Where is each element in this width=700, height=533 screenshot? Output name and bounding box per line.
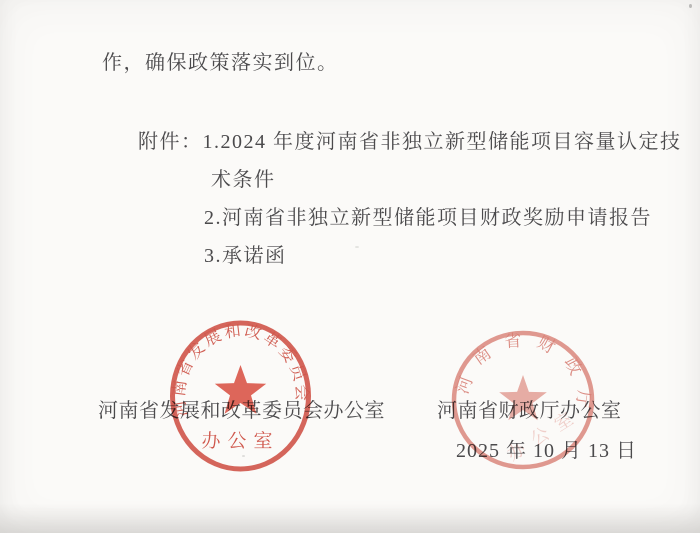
attachment-line-3: 3.承诺函 [204,245,287,267]
attachment-line-1: 附件：1.2024 年度河南省非独立新型储能项目容量认定技 [138,131,682,153]
right-organization-name: 河南省财政厅办公室 [437,400,622,422]
left-official-seal: 河南省发展和改革委员会 办公室 [168,320,313,476]
attachment-line-2: 2.河南省非独立新型储能项目财政奖励申请报告 [204,207,652,229]
document-date: 2025 年 10 月 13 日 [456,440,637,462]
left-seal-ring-icon [173,323,309,469]
scan-speck [355,246,359,248]
body-text-line: 作，确保政策落实到位。 [102,52,339,74]
scan-speck [689,4,692,8]
scan-speck [242,455,245,457]
document-page: 作，确保政策落实到位。 附件：1.2024 年度河南省非独立新型储能项目容量认定… [0,0,700,533]
left-organization-name: 河南省发展和改革委员会办公室 [98,400,385,422]
left-seal-bottom-text: 办公室 [201,430,279,452]
attachment-line-1-wrap: 术条件 [211,169,276,191]
